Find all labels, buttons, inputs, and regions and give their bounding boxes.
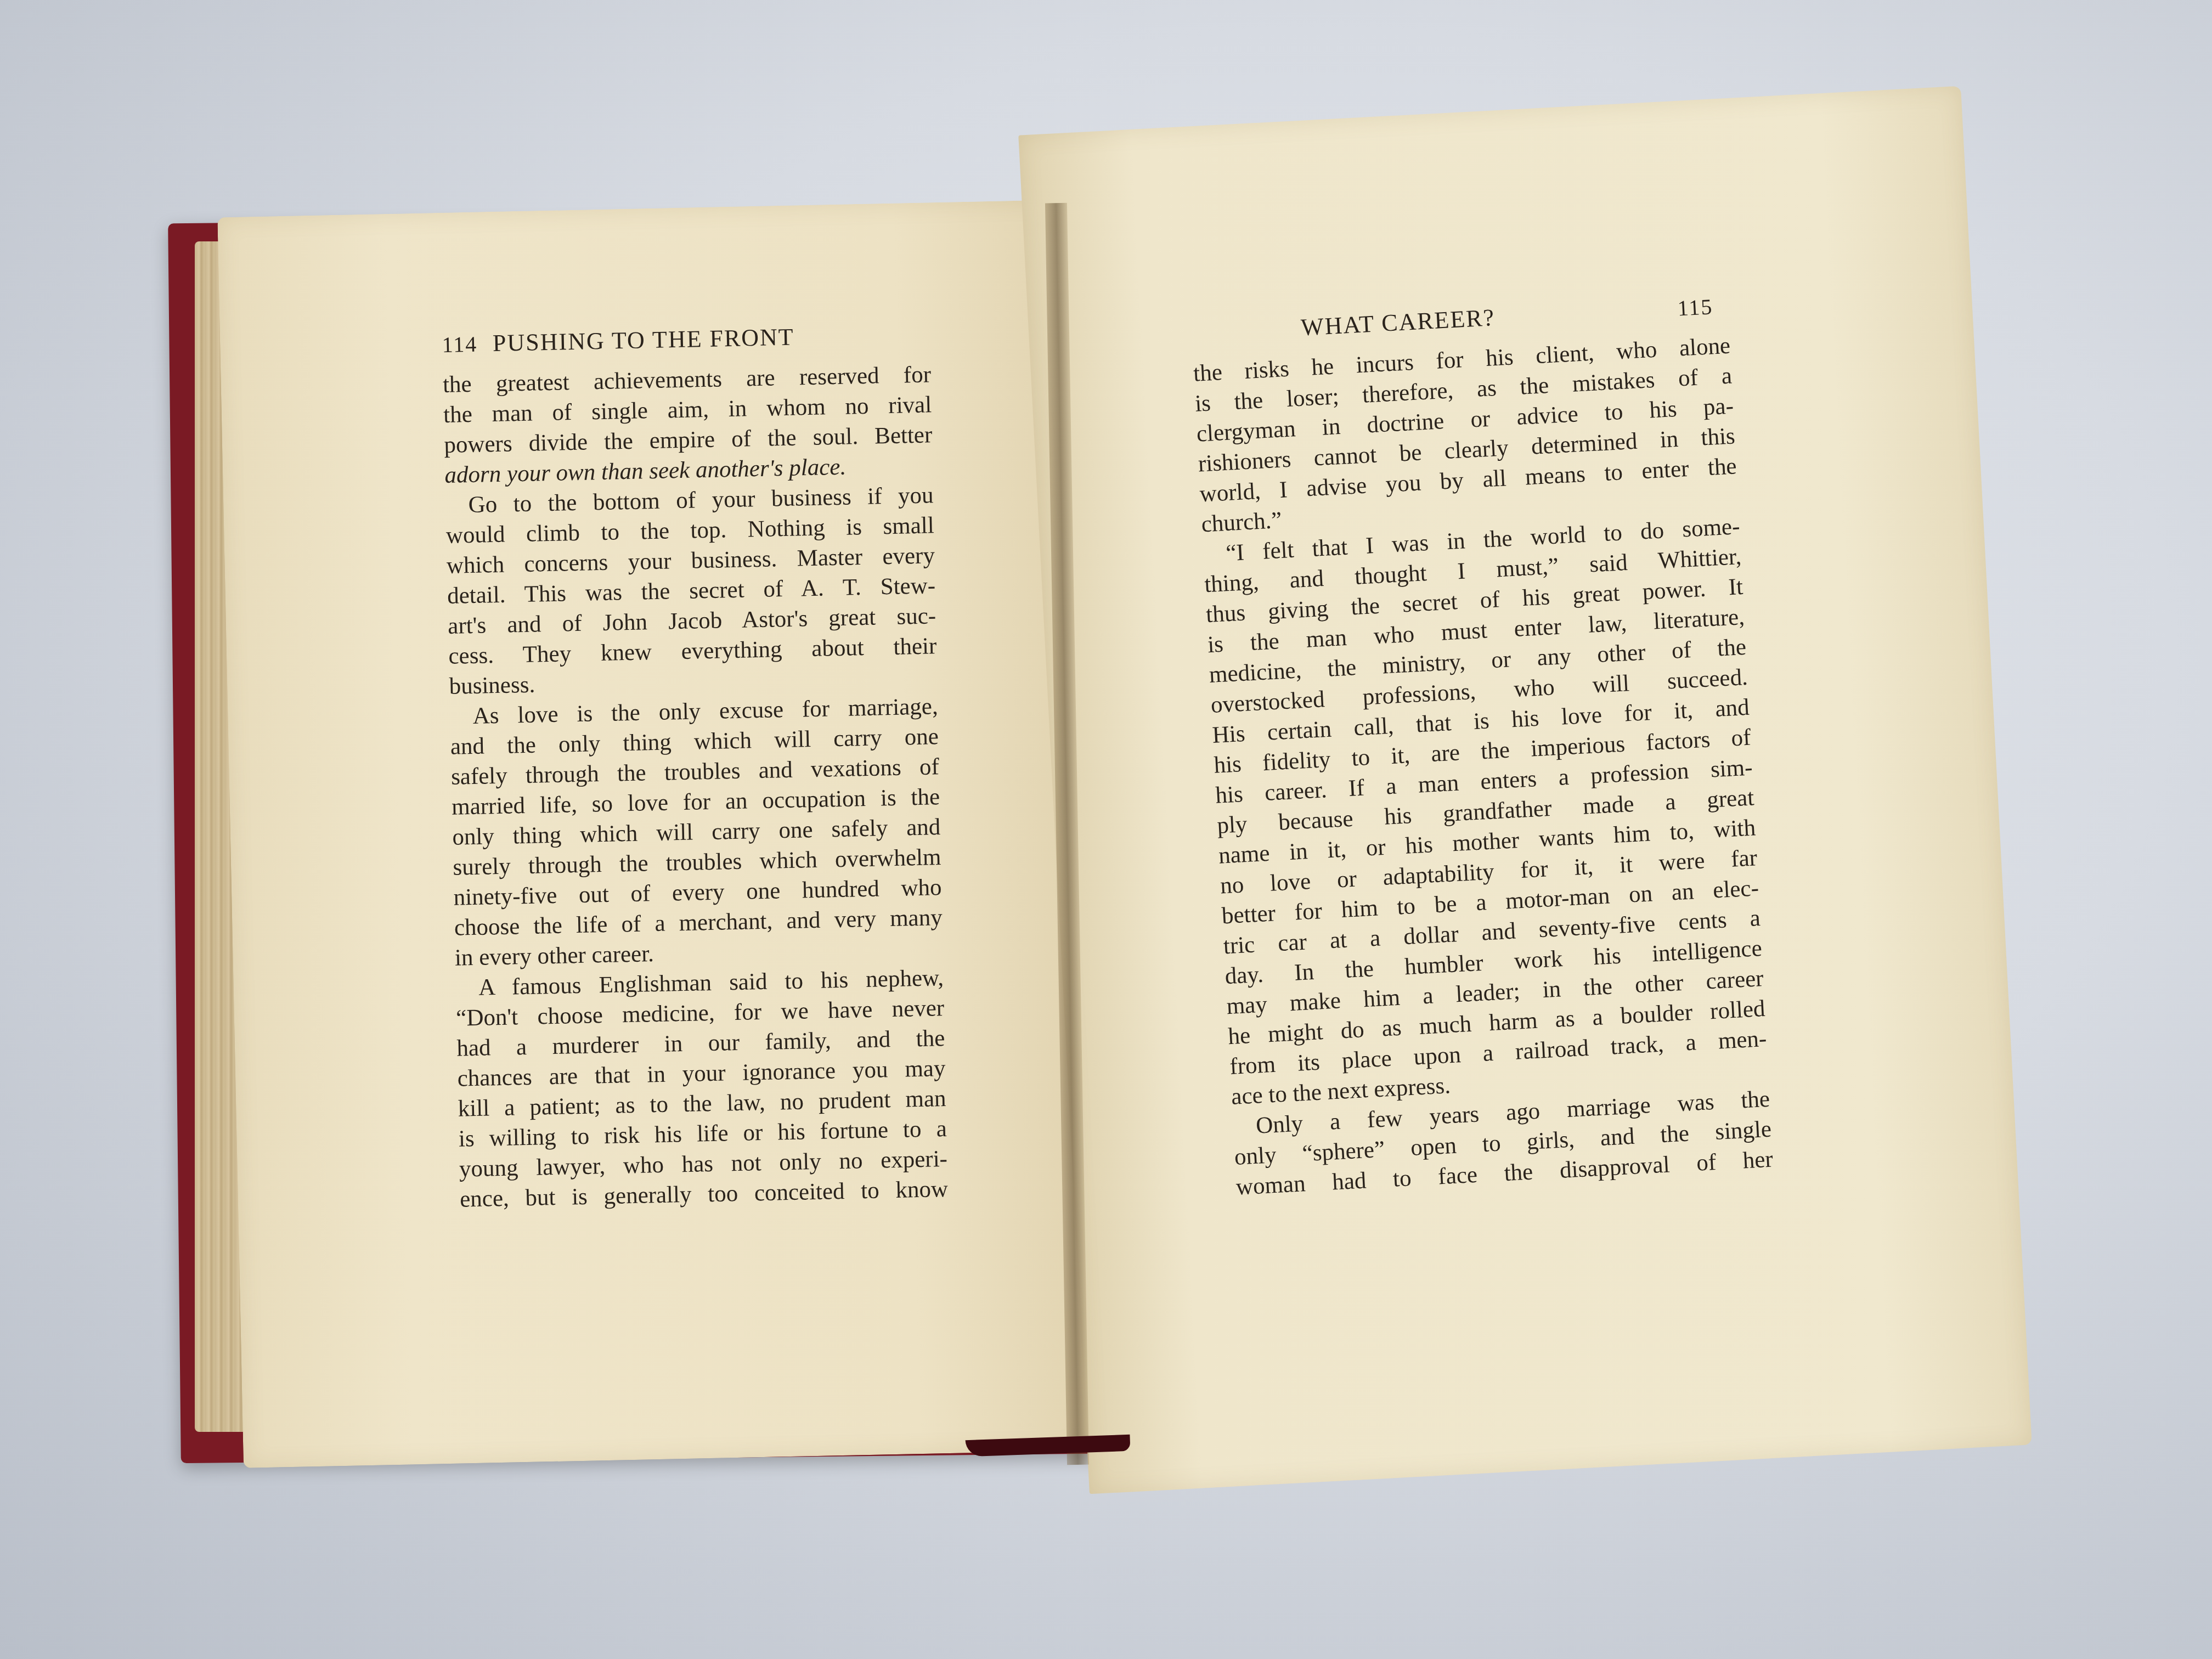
running-head: PUSHING TO THE FRONT xyxy=(492,322,794,359)
right-page-text: WHAT CAREER? 115 the risks he incurs for… xyxy=(1190,290,1774,1203)
page-number: 114 xyxy=(442,329,478,360)
page-number: 115 xyxy=(1677,291,1713,323)
left-page-text: 114 PUSHING TO THE FRONT the greatest ac… xyxy=(442,319,949,1214)
